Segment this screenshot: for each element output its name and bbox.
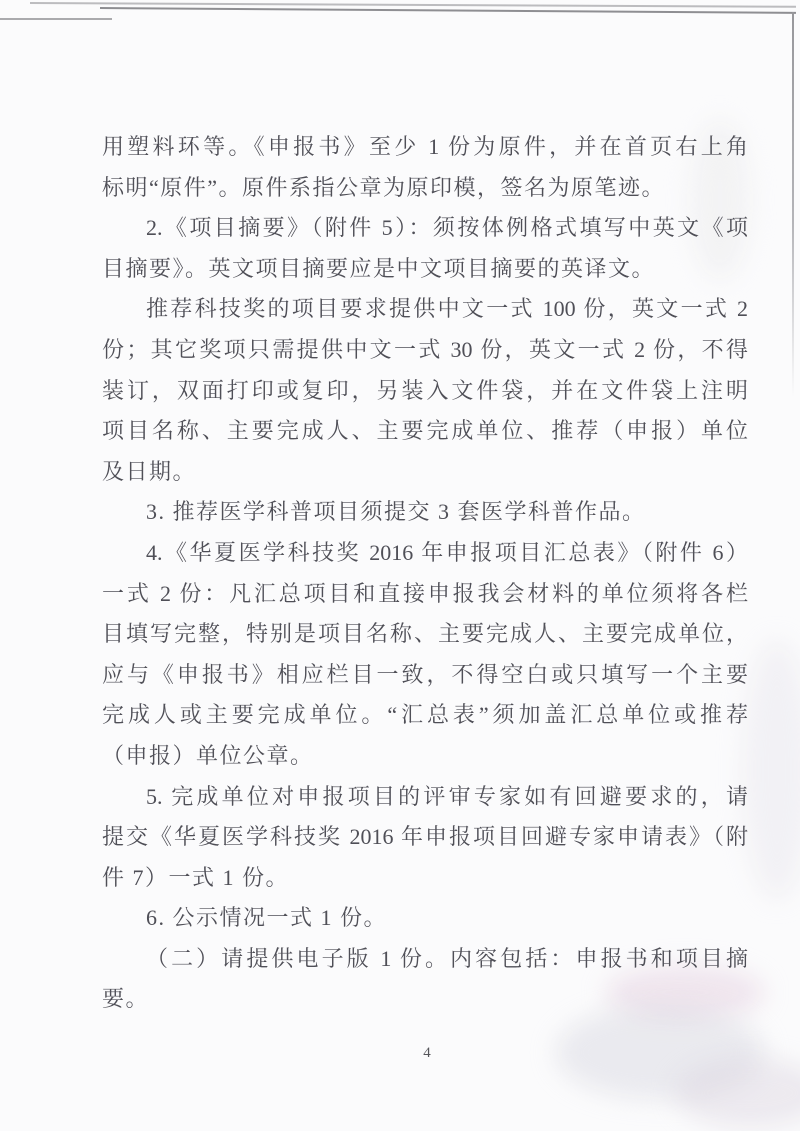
text-line: 5. 完成单位对申报项目的评审专家如有回避要求的，请 [102,777,748,818]
scan-edge-line-top-faint [30,2,796,7]
page-number: 4 [417,1045,437,1062]
text-line: （申报）单位公章。 [102,736,748,777]
scan-smudge [675,1058,800,1128]
text-line: （二）请提供电子版 1 份。内容包括：申报书和项目摘 [102,939,748,980]
text-line: 要。 [102,979,748,1020]
text-line: 目填写完整，特别是项目名称、主要完成人、主要完成单位， [102,614,748,655]
scan-smudge [742,640,800,900]
text-line: 目摘要》。英文项目摘要应是中文项目摘要的英译文。 [102,249,748,290]
scan-edge-line-top-left [0,18,112,20]
text-line: 一式 2 份：凡汇总项目和直接申报我会材料的单位须将各栏 [102,574,748,615]
text-line: 标明“原件”。原件系指公章为原印模，签名为原笔迹。 [102,168,748,209]
text-line: 应与《申报书》相应栏目一致，不得空白或只填写一个主要 [102,655,748,696]
scan-edge-line-right [792,12,794,397]
text-line: 份；其它奖项只需提供中文一式 30 份，英文一式 2 份，不得 [102,330,748,371]
text-line: 用塑料环等。《申报书》至少 1 份为原件，并在首页右上角 [102,127,748,168]
text-line: 提交《华夏医学科技奖 2016 年申报项目回避专家申请表》（附 [102,817,748,858]
text-line: 装订，双面打印或复印，另装入文件袋，并在文件袋上注明 [102,371,748,412]
text-line: 推荐科技奖的项目要求提供中文一式 100 份，英文一式 2 [102,289,748,330]
text-line: 及日期。 [102,452,748,493]
document-body: 用塑料环等。《申报书》至少 1 份为原件，并在首页右上角标明“原件”。原件系指公… [102,127,748,1020]
text-line: 3. 推荐医学科普项目须提交 3 套医学科普作品。 [102,492,748,533]
text-line: 4.《华夏医学科技奖 2016 年申报项目汇总表》（附件 6） [102,533,748,574]
scanned-document-page: 用塑料环等。《申报书》至少 1 份为原件，并在首页右上角标明“原件”。原件系指公… [0,0,800,1131]
scan-edge-line-top [100,7,796,14]
text-line: 项目名称、主要完成人、主要完成单位、推荐（申报）单位 [102,411,748,452]
text-line: 件 7）一式 1 份。 [102,858,748,899]
text-line: 2.《项目摘要》（附件 5）：须按体例格式填写中英文《项 [102,208,748,249]
text-line: 6. 公示情况一式 1 份。 [102,898,748,939]
text-line: 完成人或主要完成单位。“汇总表”须加盖汇总单位或推荐 [102,695,748,736]
